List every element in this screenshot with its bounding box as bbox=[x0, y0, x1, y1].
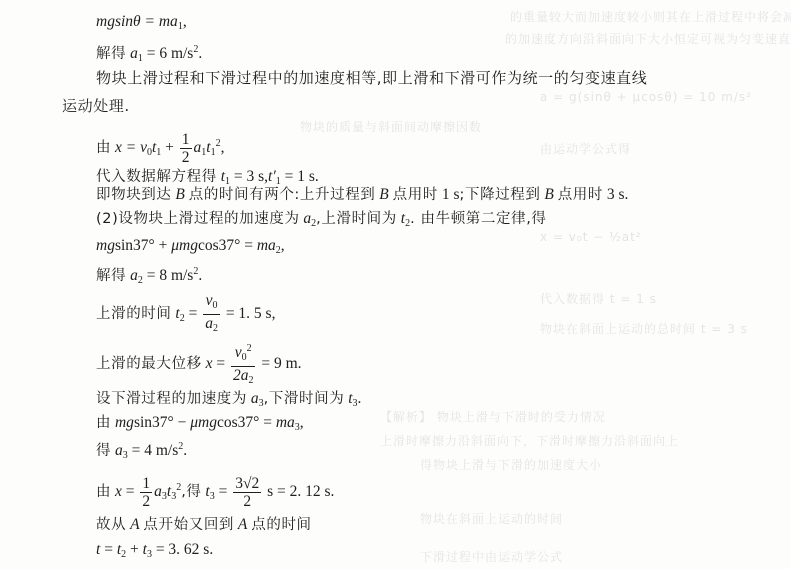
fraction: 3√22 bbox=[233, 475, 261, 510]
bleed-through-text: 下滑过程中由运动学公式 bbox=[420, 548, 563, 565]
punctuation: , bbox=[281, 237, 285, 254]
operator: + bbox=[161, 139, 178, 156]
bleed-through-text: 上滑时摩擦力沿斜面向下，下滑时摩擦力沿斜面向上 bbox=[380, 432, 679, 449]
denominator: 2 bbox=[233, 493, 261, 510]
equation-t3: 由 x = 12a3t32,得 t3 = 3√22 s = 2. 12 s. bbox=[96, 468, 334, 517]
variable: a bbox=[303, 210, 311, 227]
fraction: v0a2 bbox=[203, 292, 220, 337]
point-label: A bbox=[130, 516, 139, 533]
bleed-through-text: 【解析】 物块上滑与下滑时的受力情况 bbox=[380, 408, 606, 425]
denominator: 2a2 bbox=[231, 367, 256, 389]
value: s = 2. 12 s. bbox=[263, 483, 334, 500]
value: = 9 m. bbox=[257, 355, 301, 372]
punctuation: . bbox=[198, 45, 202, 62]
text-label: 解得 bbox=[96, 46, 126, 62]
numerator: v0 bbox=[203, 292, 220, 315]
math-expression: mgsinθ = ma bbox=[96, 13, 178, 30]
text-label: 由 bbox=[96, 484, 111, 500]
variable: x bbox=[115, 483, 122, 500]
punctuation: . bbox=[198, 267, 202, 284]
text-label: 由 bbox=[96, 415, 111, 431]
bleed-through-text: a = g(sinθ + μcosθ) = 10 m/s² bbox=[540, 90, 752, 104]
bleed-through-text: 物块在斜面上运动的总时间 t = 3 s bbox=[540, 320, 748, 337]
bleed-through-text: 得物块上滑与下滑的加速度大小 bbox=[420, 456, 602, 473]
paragraph-part2-intro: (2)设物块上滑过程的加速度为 a2,上滑时间为 t2. 由牛顿第二定律,得 bbox=[96, 209, 547, 234]
punctuation: , bbox=[300, 414, 304, 431]
fraction: 12 bbox=[140, 475, 152, 510]
equation-upward-force: mgsin37° + μmgcos37° = ma2, bbox=[96, 236, 285, 261]
point-label: B bbox=[544, 186, 553, 203]
fraction: 12 bbox=[180, 131, 192, 166]
value: = 6 m/s bbox=[143, 45, 194, 62]
math-expression: μmg bbox=[190, 414, 217, 431]
variable: a bbox=[251, 390, 259, 407]
bleed-through-text: x = v₀t − ½at² bbox=[540, 230, 642, 244]
text: ,上滑时间为 bbox=[316, 211, 397, 227]
operator: + bbox=[126, 541, 143, 558]
denominator: a2 bbox=[203, 315, 220, 337]
punctuation: . bbox=[183, 442, 187, 459]
text-label: 上滑的最大位移 bbox=[96, 356, 202, 372]
text: 点用时 bbox=[558, 187, 603, 203]
punctuation: , bbox=[221, 139, 225, 156]
equation-newton-incline: mgsinθ = ma1, bbox=[96, 12, 187, 37]
bleed-through-text: 物块在斜面上运动的时间 bbox=[420, 510, 563, 527]
value: 3 s. bbox=[607, 186, 629, 203]
point-label: B bbox=[175, 186, 184, 203]
numerator: 1 bbox=[180, 131, 192, 149]
value: = 1. 5 s, bbox=[222, 305, 276, 322]
bleed-through-text: 代入数据得 t = 1 s bbox=[540, 290, 657, 307]
text: 设下滑过程的加速度为 bbox=[96, 391, 247, 407]
equation-displacement: 由 x = v0t1 + 12a1t12, bbox=[96, 124, 224, 173]
text-label: 由 bbox=[96, 140, 111, 156]
operator: = bbox=[212, 355, 229, 372]
text: 点开始又回到 bbox=[143, 517, 234, 533]
text: 故从 bbox=[96, 517, 126, 533]
math-expression: cos37° = bbox=[217, 414, 276, 431]
math-expression: μmg bbox=[171, 237, 198, 254]
operator: = bbox=[215, 483, 232, 500]
text: . 由牛顿第二定律,得 bbox=[410, 211, 546, 227]
text-label: 得 bbox=[96, 443, 111, 459]
value: = 1 s. bbox=[281, 168, 319, 185]
text: 点的时间有两个:上升过程到 bbox=[189, 187, 376, 203]
math-expression: sin37° − bbox=[134, 414, 190, 431]
math-expression: ma bbox=[276, 414, 295, 431]
text-label: 上滑的时间 bbox=[96, 306, 172, 322]
result-a1: 解得 a1 = 6 m/s2. bbox=[96, 40, 202, 69]
text: 点的时间 bbox=[251, 517, 311, 533]
numerator: 3√2 bbox=[233, 475, 261, 493]
denominator: 2 bbox=[180, 149, 192, 166]
text: ,得 bbox=[181, 484, 201, 500]
text: 即物块到达 bbox=[96, 187, 172, 203]
bleed-through-text: 的加速度方向沿斜面向下大小恒定可视为匀变速直线运动 bbox=[505, 30, 791, 47]
variable: a bbox=[130, 45, 138, 62]
text-label: 代入数据解方程得 bbox=[96, 169, 217, 185]
result-a3: 得 a3 = 4 m/s2. bbox=[96, 437, 187, 466]
numerator: v02 bbox=[231, 340, 256, 367]
paragraph-text: 物块上滑过程和下滑过程中的加速度相等,即上滑和下滑可作为统一的匀变速直线 bbox=[96, 68, 647, 88]
value: = 4 m/s bbox=[128, 442, 179, 459]
numerator: 1 bbox=[140, 475, 152, 493]
paragraph-text: 运动处理. bbox=[62, 96, 130, 116]
math-expression: mg bbox=[115, 414, 134, 431]
denominator: 2 bbox=[140, 493, 152, 510]
equation-up-time: 上滑的时间 t2 = v0a2 = 1. 5 s, bbox=[96, 292, 275, 339]
punctuation: , bbox=[183, 13, 187, 30]
fraction: v022a2 bbox=[231, 340, 256, 389]
value: = 8 m/s bbox=[143, 267, 194, 284]
paragraph-downward-setup: 设下滑过程的加速度为 a3,下滑时间为 t3. bbox=[96, 389, 361, 414]
result-a2: 解得 a2 = 8 m/s2. bbox=[96, 262, 202, 291]
text: ;下降过程到 bbox=[459, 187, 540, 203]
math-expression: sin37° + bbox=[115, 237, 171, 254]
operator: = bbox=[122, 483, 139, 500]
paragraph-total-time: 故从 A 点开始又回到 A 点的时间 bbox=[96, 515, 312, 535]
value: = 3. 62 s. bbox=[152, 541, 213, 558]
bleed-through-text: 的重量较大而加速度较小则其在上滑过程中将会减速到零后又反向加速 bbox=[510, 8, 791, 25]
operator: = bbox=[185, 305, 202, 322]
text: ,下滑时间为 bbox=[264, 391, 345, 407]
paragraph-two-times: 即物块到达 B 点的时间有两个:上升过程到 B 点用时 1 s;下降过程到 B … bbox=[96, 185, 628, 205]
operator: = bbox=[100, 541, 117, 558]
text: 点用时 bbox=[393, 187, 438, 203]
text: (2)设物块上滑过程的加速度为 bbox=[96, 211, 300, 227]
math-expression: x = v bbox=[115, 139, 147, 156]
math-expression: ma bbox=[257, 237, 276, 254]
text-label: 解得 bbox=[96, 268, 126, 284]
variable: a bbox=[115, 442, 123, 459]
variable: t′ bbox=[268, 168, 276, 185]
value: 1 s bbox=[442, 186, 460, 203]
equation-downward-force: 由 mgsin37° − μmgcos37° = ma3, bbox=[96, 413, 304, 438]
bleed-through-text: 物块的质量与斜面间动摩擦因数 bbox=[300, 118, 482, 135]
variable: a bbox=[130, 267, 138, 284]
point-label: B bbox=[379, 186, 388, 203]
math-expression: cos37° = bbox=[198, 237, 257, 254]
math-expression: mg bbox=[96, 237, 115, 254]
punctuation: . bbox=[358, 390, 362, 407]
result-total-time: t = t2 + t3 = 3. 62 s. bbox=[96, 540, 213, 565]
value: = 3 s, bbox=[230, 168, 268, 185]
equation-max-displacement: 上滑的最大位移 x = v022a2 = 9 m. bbox=[96, 340, 302, 389]
point-label: A bbox=[238, 516, 247, 533]
variable: a bbox=[154, 483, 162, 500]
bleed-through-text: 由运动学公式得 bbox=[540, 140, 631, 157]
